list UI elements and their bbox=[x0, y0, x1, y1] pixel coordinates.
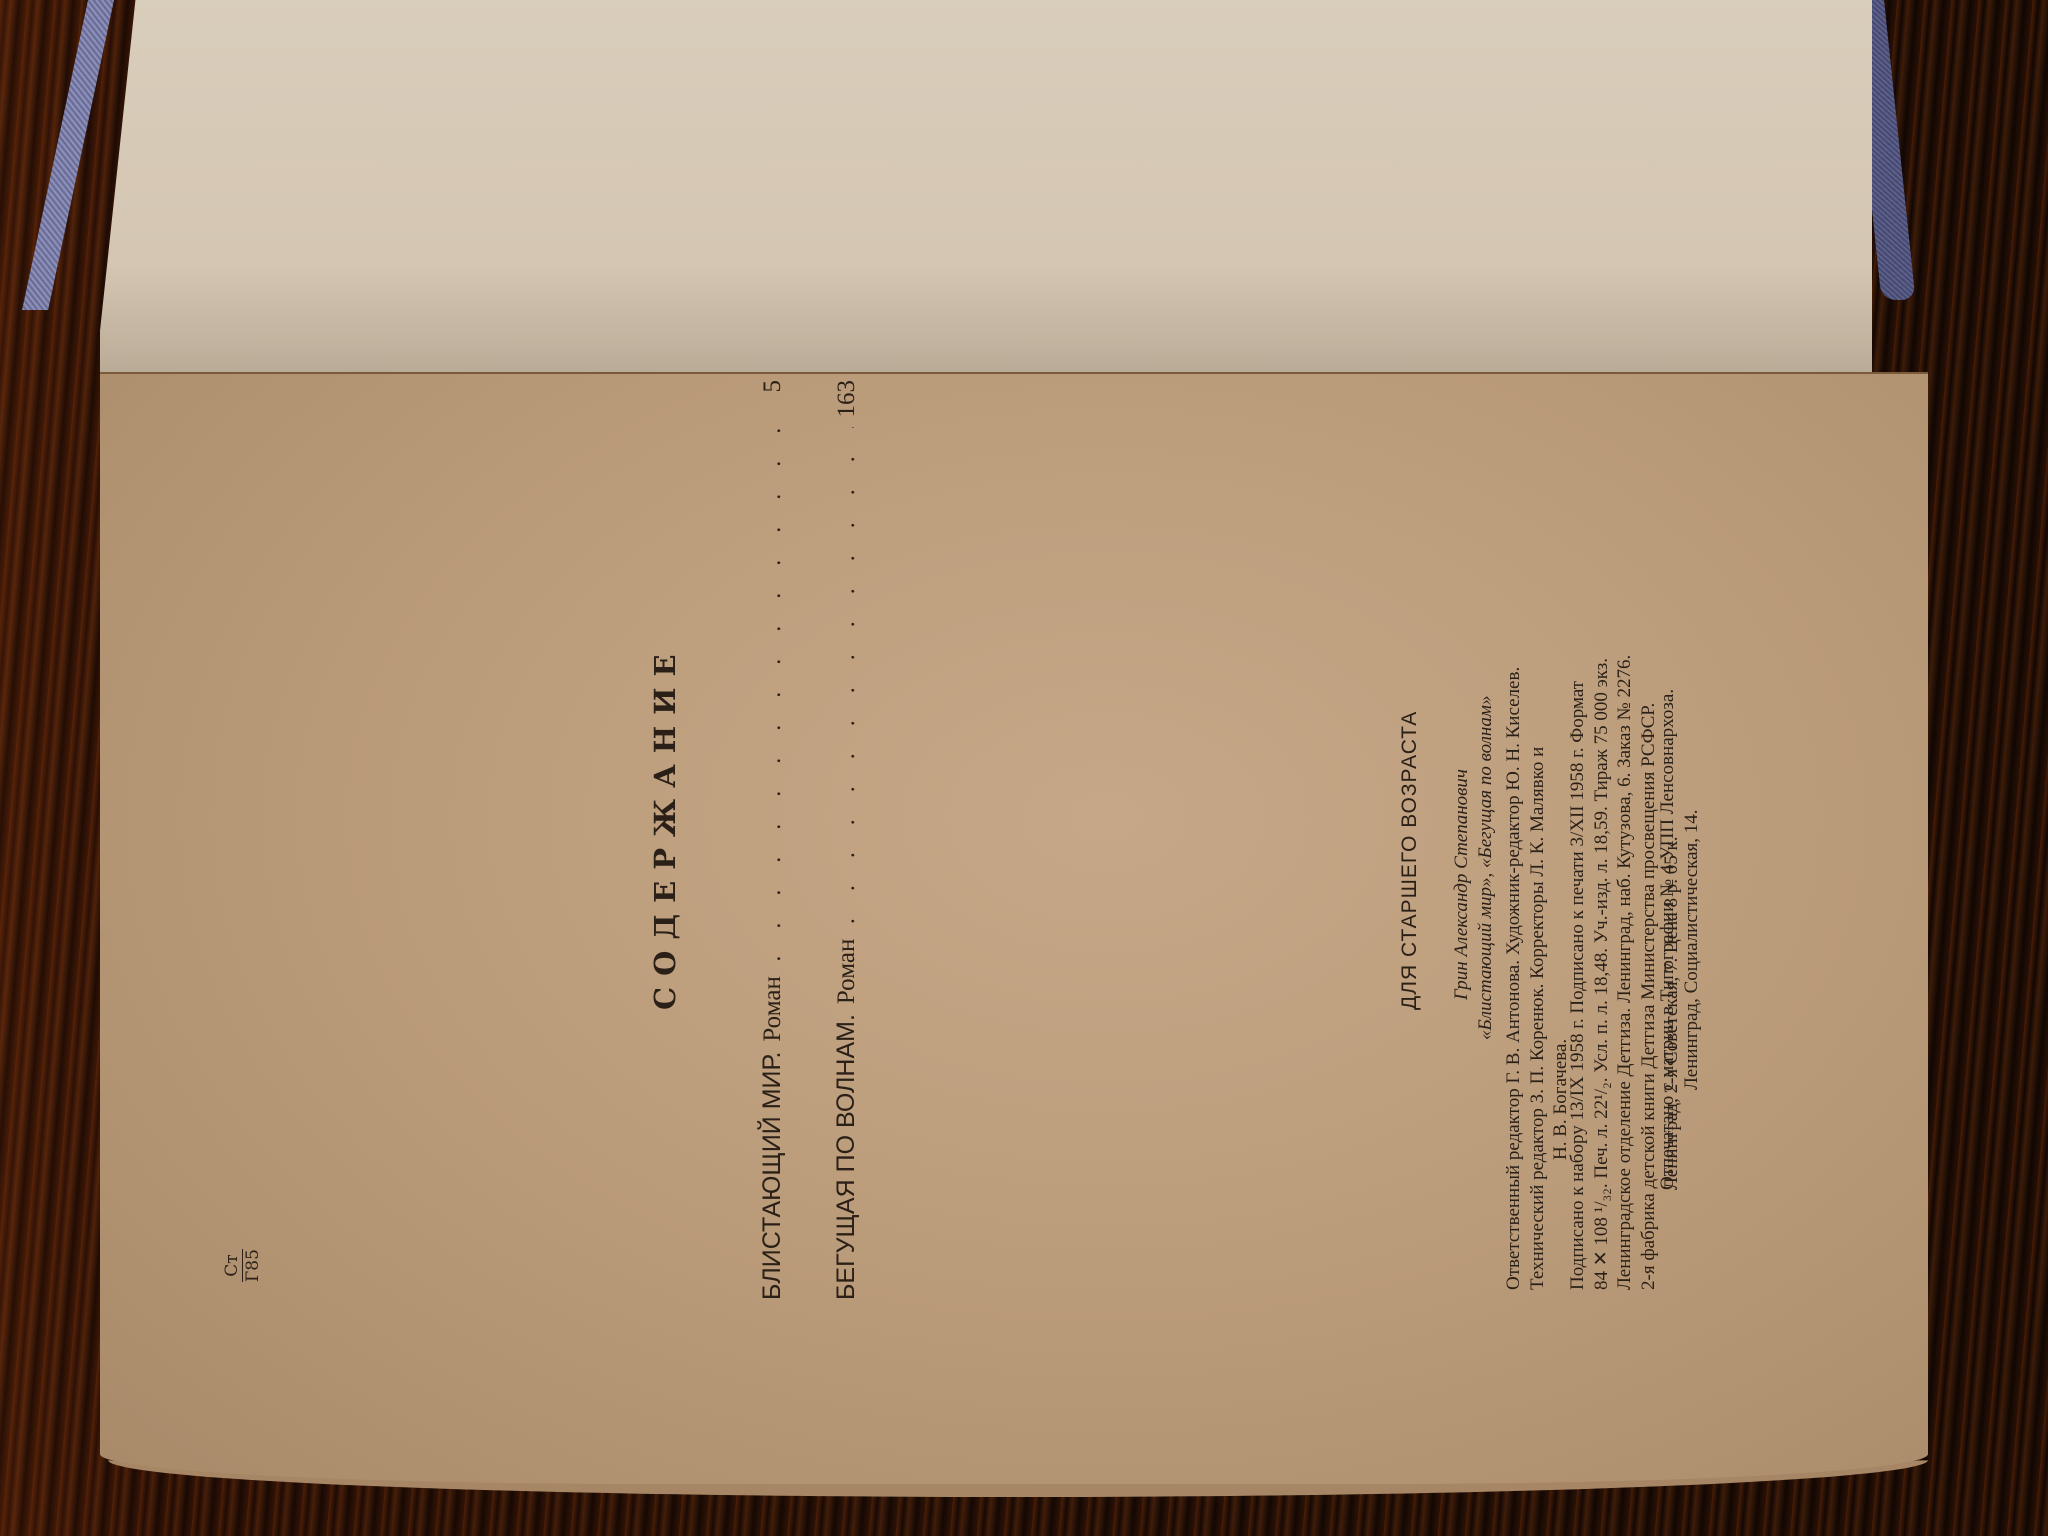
blank-facing-page bbox=[100, 0, 1872, 376]
toc-entry-type: Роман bbox=[833, 939, 861, 1004]
toc-entry-title: БЕГУЩАЯ ПО ВОЛНАМ. bbox=[832, 1014, 861, 1300]
toc-entry: БЛИСТАЮЩИЙ МИР. Роман ..................… bbox=[758, 380, 787, 1300]
credits-block: Ответственный редактор Г. В. Антонова. Х… bbox=[1502, 667, 1573, 1290]
toc-entry: БЕГУЩАЯ ПО ВОЛНАМ. Роман ...............… bbox=[832, 380, 861, 1300]
contents-heading: СОДЕРЖАНИЕ bbox=[648, 643, 682, 1010]
credits-line: Ответственный редактор Г. В. Антонова. Х… bbox=[1502, 667, 1526, 1290]
credits-line: Технический редактор З. П. Коренюк. Корр… bbox=[1526, 667, 1550, 1290]
toc-entry-title: БЛИСТАЮЩИЙ МИР. bbox=[758, 1052, 787, 1300]
works-titles: «Блистающий мир», «Бегущая по волнам» bbox=[1474, 696, 1498, 1041]
printing-block: Отпечатано с матриц в Типографии № 4 УПП… bbox=[1656, 689, 1703, 1190]
shelf-mark-bottom: Г85 bbox=[242, 1249, 263, 1282]
toc-entry-page: 5 bbox=[759, 380, 787, 393]
author-name: Грин Александр Степанович bbox=[1450, 769, 1474, 1000]
production-line: Подписано к набору 13/IX 1958 г. Подписа… bbox=[1566, 655, 1590, 1290]
toc-entry-type: Роман bbox=[759, 976, 787, 1041]
shelf-mark-top: Ст bbox=[222, 1249, 242, 1282]
production-line: Ленинградское отделение Детгиза. Ленингр… bbox=[1613, 655, 1637, 1290]
shelf-mark: Ст Г85 bbox=[222, 1249, 264, 1282]
toc-leader-dots: ................................... bbox=[761, 403, 786, 963]
toc-leader-dots: ................................... bbox=[835, 428, 860, 925]
production-line: 84 ✕ 108 ¹/₃₂. Печ. л. 22¹/₂. Усл. п. л.… bbox=[1590, 655, 1614, 1290]
printing-line: Ленинград, Социалистическая, 14. bbox=[1680, 689, 1704, 1190]
age-group-label: ДЛЯ СТАРШЕГО ВОЗРАСТА bbox=[1398, 711, 1422, 1010]
printing-line: Отпечатано с матриц в Типографии № 4 УПП… bbox=[1656, 689, 1680, 1190]
toc-entry-page: 163 bbox=[833, 380, 861, 418]
